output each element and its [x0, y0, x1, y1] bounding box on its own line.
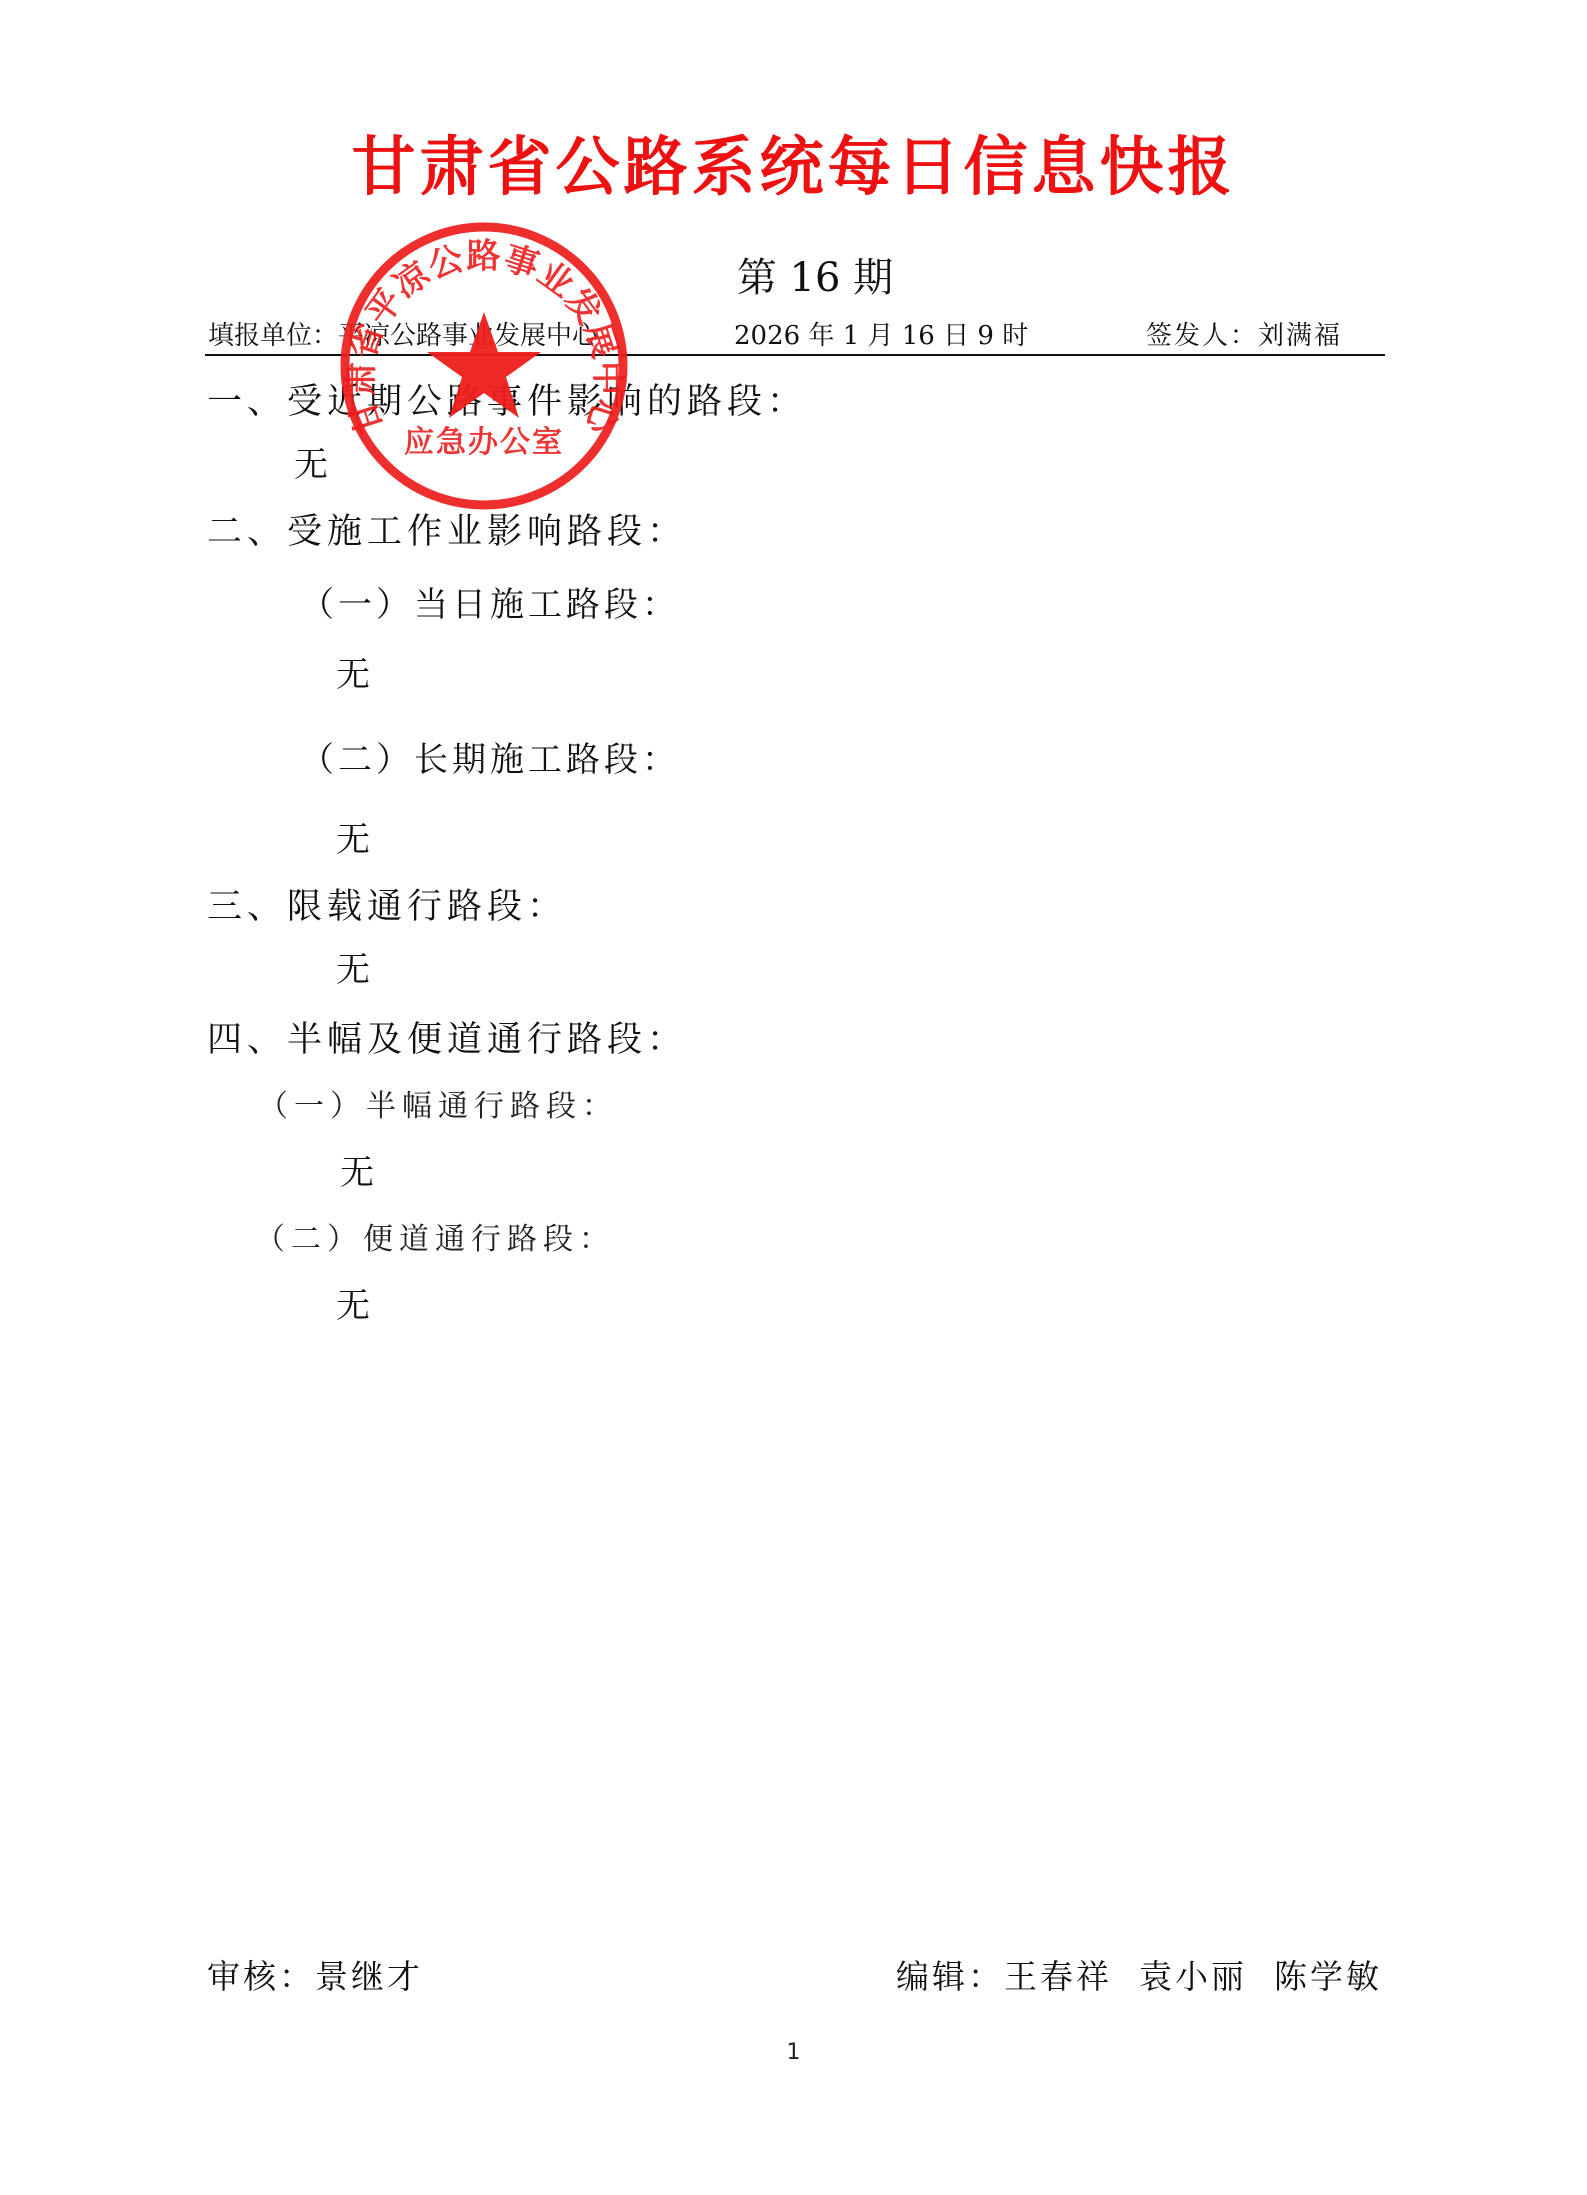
reviewer: 审核：景继才: [207, 1955, 423, 1999]
seal-bottom-text: 应急办公室: [404, 425, 564, 460]
section-4-1-content: 无: [340, 1151, 374, 1195]
section-1-heading: 一、受近期公路事件影响的路段：: [207, 380, 807, 424]
issue-number: 第 16 期: [0, 254, 1587, 302]
section-3-heading: 三、限载通行路段：: [207, 885, 567, 929]
section-4-2-heading: （二）便道通行路段：: [255, 1220, 615, 1260]
section-2-heading: 二、受施工作业影响路段：: [207, 510, 687, 554]
page-number: 1: [0, 2040, 1587, 2065]
document-title: 甘肃省公路系统每日信息快报: [0, 128, 1587, 208]
section-4-2-content: 无: [336, 1284, 370, 1328]
section-2-2-heading: （二）长期施工路段：: [300, 738, 680, 782]
section-2-1-content: 无: [336, 653, 370, 697]
section-2-1-heading: （一）当日施工路段：: [300, 583, 680, 627]
report-date: 2026 年 1 月 16 日 9 时: [734, 318, 1028, 354]
section-3-content: 无: [336, 948, 370, 992]
section-2-2-content: 无: [336, 818, 370, 862]
section-1-content: 无: [294, 443, 328, 487]
section-4-1-heading: （一）半幅通行路段：: [258, 1087, 618, 1127]
header-divider: [205, 354, 1385, 356]
editors: 编辑：王春祥 袁小丽 陈学敏: [896, 1955, 1382, 1999]
section-4-heading: 四、半幅及便道通行路段：: [207, 1018, 687, 1062]
reporting-unit: 填报单位：平凉公路事业发展中心: [208, 318, 598, 354]
issuer: 签发人：刘满福: [1146, 318, 1342, 354]
